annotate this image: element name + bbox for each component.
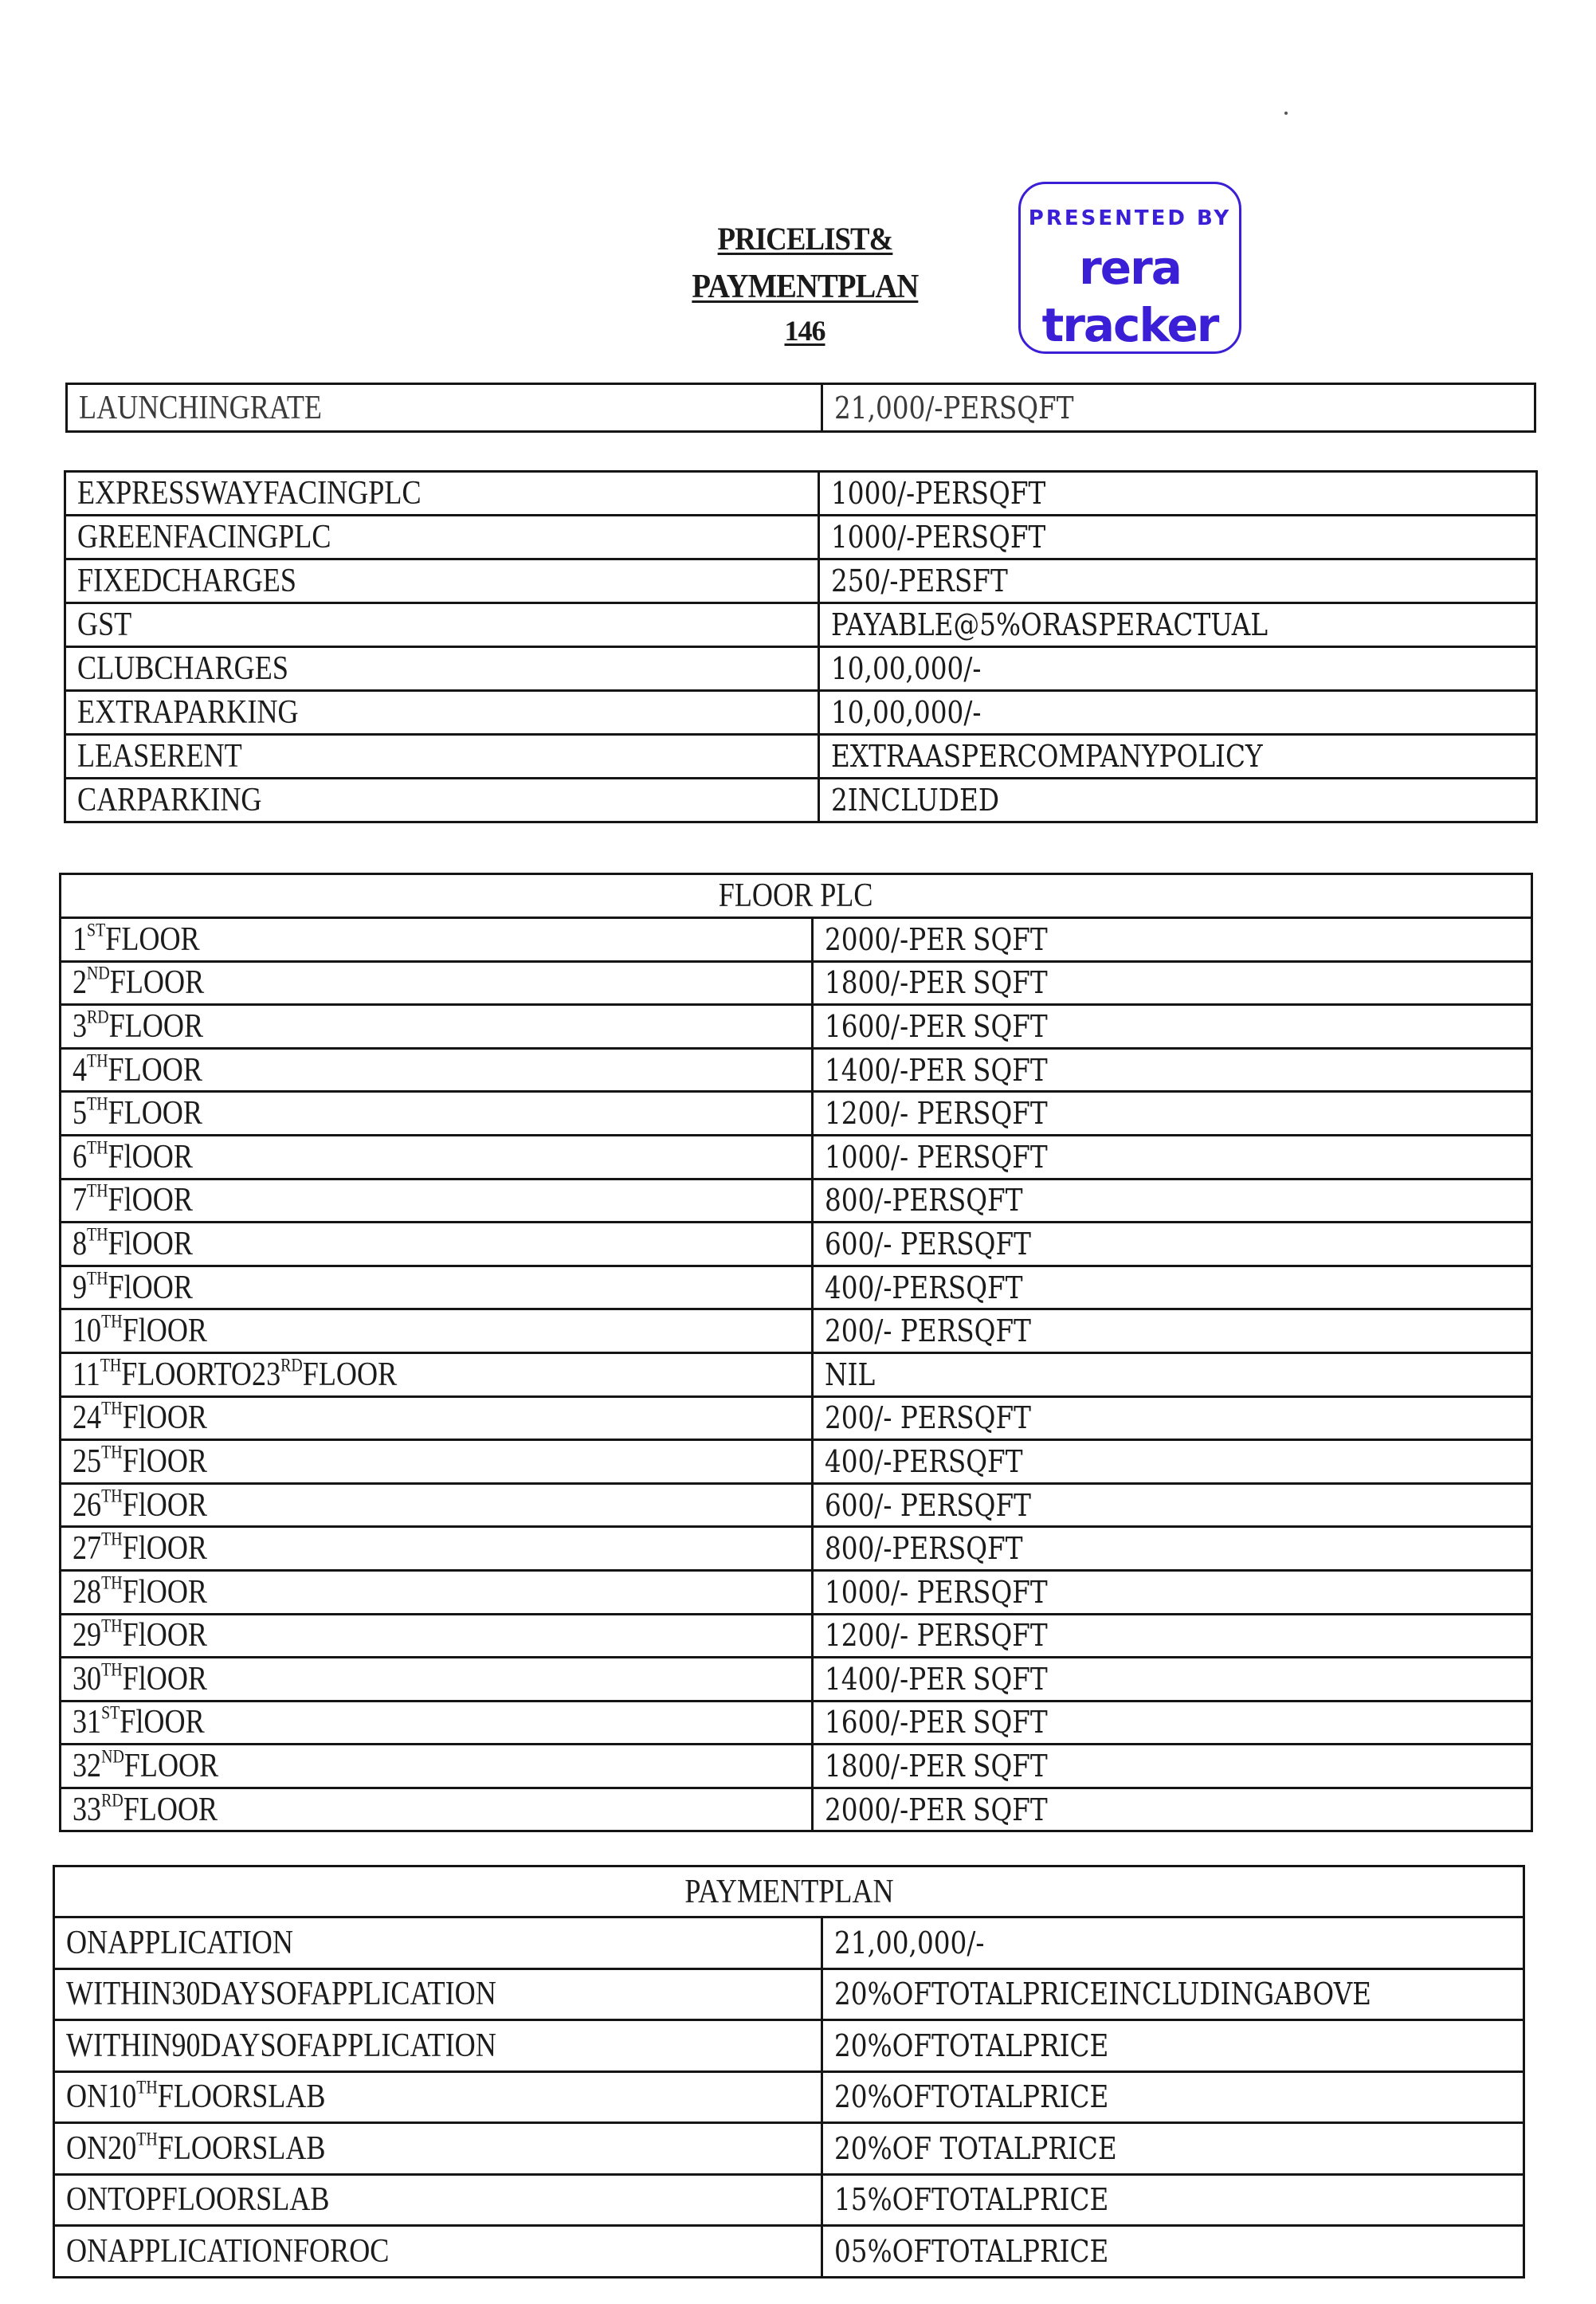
payment-stage-label: ONTOPFLOORSLAB: [54, 2174, 822, 2226]
floor-label: 4THFLOOR: [61, 1048, 813, 1092]
floor-plc-caption: FLOOR PLC: [61, 874, 1532, 918]
brand-line-2: tracker: [1021, 305, 1239, 345]
table-row: 9THFlOOR400/-PERSQFT: [61, 1266, 1532, 1309]
floor-plc-value: 200/- PERSQFT: [813, 1309, 1532, 1353]
charge-label: CARPARKING: [65, 779, 819, 822]
table-row: CARPARKING2INCLUDED: [65, 779, 1537, 822]
title-line-3: 146: [785, 311, 825, 351]
floor-label: 6THFlOOR: [61, 1135, 813, 1179]
table-row: ON20THFLOORSLAB20%OF TOTALPRICE: [54, 2123, 1524, 2175]
table-row: 10THFlOOR200/- PERSQFT: [61, 1309, 1532, 1353]
table-row: 30THFlOOR1400/-PER SQFT: [61, 1658, 1532, 1702]
floor-label: 7THFlOOR: [61, 1179, 813, 1223]
table-row: FIXEDCHARGES250/-PERSFT: [65, 559, 1537, 603]
table-row: 31STFlOOR1600/-PER SQFT: [61, 1701, 1532, 1745]
floor-label: 3RDFLOOR: [61, 1005, 813, 1049]
floor-label: 9THFlOOR: [61, 1266, 813, 1309]
payment-stage-label: ON20THFLOORSLAB: [54, 2123, 822, 2175]
table-row: LAUNCHINGRATE 21,000/-PERSQFT: [67, 384, 1535, 432]
floor-plc-value: 1800/-PER SQFT: [813, 1745, 1532, 1788]
floor-plc-value: 1800/-PER SQFT: [813, 961, 1532, 1005]
table-row: GREENFACINGPLC1000/-PERSQFT: [65, 516, 1537, 559]
charge-value: 2INCLUDED: [819, 779, 1537, 822]
table-row: LEASERENTEXTRAASPERCOMPANYPOLICY: [65, 735, 1537, 779]
floor-plc-value: 1400/-PER SQFT: [813, 1048, 1532, 1092]
payment-stage-label: WITHIN30DAYSOFAPPLICATION: [54, 1968, 822, 2020]
floor-plc-value: 800/-PERSQFT: [813, 1527, 1532, 1571]
table-row: 28THFlOOR1000/- PERSQFT: [61, 1570, 1532, 1614]
table-row: 27THFlOOR800/-PERSQFT: [61, 1527, 1532, 1571]
charge-value: 1000/-PERSQFT: [819, 516, 1537, 559]
floor-plc-value: 800/-PERSQFT: [813, 1179, 1532, 1223]
charge-value: 1000/-PERSQFT: [819, 472, 1537, 516]
table-row: 29THFlOOR1200/- PERSQFT: [61, 1614, 1532, 1658]
table-row: GSTPAYABLE@5%ORASPERACTUAL: [65, 603, 1537, 647]
floor-label: 29THFlOOR: [61, 1614, 813, 1658]
title-line-2: PAYMENTPLAN: [692, 263, 918, 311]
table-row: 24THFlOOR200/- PERSQFT: [61, 1396, 1532, 1440]
charge-label: GST: [65, 603, 819, 647]
payment-amount: 20%OFTOTALPRICE: [822, 2020, 1524, 2072]
floor-plc-table: FLOOR PLC 1STFLOOR2000/-PER SQFT2NDFLOOR…: [59, 873, 1533, 1832]
floor-label: 33RDFLOOR: [61, 1788, 813, 1831]
floor-label: 5THFLOOR: [61, 1092, 813, 1136]
table-row: 26THFlOOR600/- PERSQFT: [61, 1483, 1532, 1527]
table-row: WITHIN90DAYSOFAPPLICATION20%OFTOTALPRICE: [54, 2020, 1524, 2072]
charge-value: 10,00,000/-: [819, 647, 1537, 691]
launch-rate-label: LAUNCHINGRATE: [67, 384, 822, 432]
launch-rate-table: LAUNCHINGRATE 21,000/-PERSQFT: [65, 383, 1536, 433]
floor-label: 24THFlOOR: [61, 1396, 813, 1440]
scan-speck: [1284, 112, 1288, 115]
floor-label: 2NDFLOOR: [61, 961, 813, 1005]
table-caption-row: PAYMENTPLAN: [54, 1866, 1524, 1917]
floor-label: 1STFLOOR: [61, 918, 813, 962]
table-row: 1STFLOOR2000/-PER SQFT: [61, 918, 1532, 962]
table-row: ONTOPFLOORSLAB15%OFTOTALPRICE: [54, 2174, 1524, 2226]
table-row: 32NDFLOOR1800/-PER SQFT: [61, 1745, 1532, 1788]
floor-plc-value: 1000/- PERSQFT: [813, 1570, 1532, 1614]
floor-plc-value: 600/- PERSQFT: [813, 1223, 1532, 1266]
payment-stage-label: WITHIN90DAYSOFAPPLICATION: [54, 2020, 822, 2072]
payment-amount: 20%OFTOTALPRICEINCLUDINGABOVE: [822, 1968, 1524, 2020]
floor-plc-value: 200/- PERSQFT: [813, 1396, 1532, 1440]
floor-label: 28THFlOOR: [61, 1570, 813, 1614]
payment-amount: 20%OFTOTALPRICE: [822, 2071, 1524, 2123]
table-row: EXTRAPARKING10,00,000/-: [65, 691, 1537, 735]
table-row: ONAPPLICATION21,00,000/-: [54, 1917, 1524, 1969]
table-row: CLUBCHARGES10,00,000/-: [65, 647, 1537, 691]
charge-label: FIXEDCHARGES: [65, 559, 819, 603]
payment-amount: 21,00,000/-: [822, 1917, 1524, 1969]
table-row: 6THFlOOR1000/- PERSQFT: [61, 1135, 1532, 1179]
document-title: PRICELIST& PAYMENTPLAN 146: [661, 215, 948, 351]
charge-label: LEASERENT: [65, 735, 819, 779]
table-row: 2NDFLOOR1800/-PER SQFT: [61, 961, 1532, 1005]
floor-label: 25THFlOOR: [61, 1440, 813, 1484]
floor-label: 31STFlOOR: [61, 1701, 813, 1745]
rera-tracker-logo: PRESENTED BY rera tracker: [1018, 182, 1241, 354]
table-row: WITHIN30DAYSOFAPPLICATION20%OFTOTALPRICE…: [54, 1968, 1524, 2020]
table-row: ONAPPLICATIONFOROC05%OFTOTALPRICE: [54, 2226, 1524, 2278]
floor-plc-value: 2000/-PER SQFT: [813, 1788, 1532, 1831]
brand-line-1: rera: [1021, 248, 1239, 288]
payment-amount: 20%OF TOTALPRICE: [822, 2123, 1524, 2175]
title-line-1: PRICELIST&: [717, 215, 892, 263]
launch-rate-value: 21,000/-PERSQFT: [822, 384, 1535, 432]
payment-plan-caption: PAYMENTPLAN: [54, 1866, 1524, 1917]
floor-label: 10THFlOOR: [61, 1309, 813, 1353]
floor-plc-value: 400/-PERSQFT: [813, 1440, 1532, 1484]
payment-amount: 05%OFTOTALPRICE: [822, 2226, 1524, 2278]
table-row: 7THFlOOR800/-PERSQFT: [61, 1179, 1532, 1223]
table-row: 8THFlOOR600/- PERSQFT: [61, 1223, 1532, 1266]
floor-plc-value: 1600/-PER SQFT: [813, 1005, 1532, 1049]
charge-label: EXPRESSWAYFACINGPLC: [65, 472, 819, 516]
charge-value: EXTRAASPERCOMPANYPOLICY: [819, 735, 1537, 779]
charge-value: 250/-PERSFT: [819, 559, 1537, 603]
payment-stage-label: ON10THFLOORSLAB: [54, 2071, 822, 2123]
floor-label: 11THFLOORTO23RDFLOOR: [61, 1352, 813, 1396]
presented-by-label: PRESENTED BY: [1021, 206, 1239, 230]
charge-value: PAYABLE@5%ORASPERACTUAL: [819, 603, 1537, 647]
floor-label: 26THFlOOR: [61, 1483, 813, 1527]
table-caption-row: FLOOR PLC: [61, 874, 1532, 918]
floor-plc-value: NIL: [813, 1352, 1532, 1396]
charge-label: GREENFACINGPLC: [65, 516, 819, 559]
charge-value: 10,00,000/-: [819, 691, 1537, 735]
floor-plc-value: 1200/- PERSQFT: [813, 1614, 1532, 1658]
floor-plc-value: 1200/- PERSQFT: [813, 1092, 1532, 1136]
table-row: 4THFLOOR1400/-PER SQFT: [61, 1048, 1532, 1092]
table-row: 3RDFLOOR1600/-PER SQFT: [61, 1005, 1532, 1049]
payment-plan-table: PAYMENTPLAN ONAPPLICATION21,00,000/-WITH…: [53, 1865, 1525, 2278]
payment-amount: 15%OFTOTALPRICE: [822, 2174, 1524, 2226]
floor-plc-value: 1000/- PERSQFT: [813, 1135, 1532, 1179]
floor-label: 32NDFLOOR: [61, 1745, 813, 1788]
floor-plc-value: 600/- PERSQFT: [813, 1483, 1532, 1527]
table-row: 33RDFLOOR2000/-PER SQFT: [61, 1788, 1532, 1831]
payment-stage-label: ONAPPLICATION: [54, 1917, 822, 1969]
floor-plc-value: 400/-PERSQFT: [813, 1266, 1532, 1309]
charge-label: EXTRAPARKING: [65, 691, 819, 735]
table-row: 25THFlOOR400/-PERSQFT: [61, 1440, 1532, 1484]
floor-plc-value: 2000/-PER SQFT: [813, 918, 1532, 962]
floor-plc-value: 1600/-PER SQFT: [813, 1701, 1532, 1745]
floor-label: 8THFlOOR: [61, 1223, 813, 1266]
floor-plc-value: 1400/-PER SQFT: [813, 1658, 1532, 1702]
table-row: ON10THFLOORSLAB20%OFTOTALPRICE: [54, 2071, 1524, 2123]
charges-table: EXPRESSWAYFACINGPLC1000/-PERSQFTGREENFAC…: [64, 470, 1538, 823]
table-row: EXPRESSWAYFACINGPLC1000/-PERSQFT: [65, 472, 1537, 516]
floor-label: 30THFlOOR: [61, 1658, 813, 1702]
charge-label: CLUBCHARGES: [65, 647, 819, 691]
payment-stage-label: ONAPPLICATIONFOROC: [54, 2226, 822, 2278]
table-row: 5THFLOOR1200/- PERSQFT: [61, 1092, 1532, 1136]
table-row: 11THFLOORTO23RDFLOORNIL: [61, 1352, 1532, 1396]
floor-label: 27THFlOOR: [61, 1527, 813, 1571]
